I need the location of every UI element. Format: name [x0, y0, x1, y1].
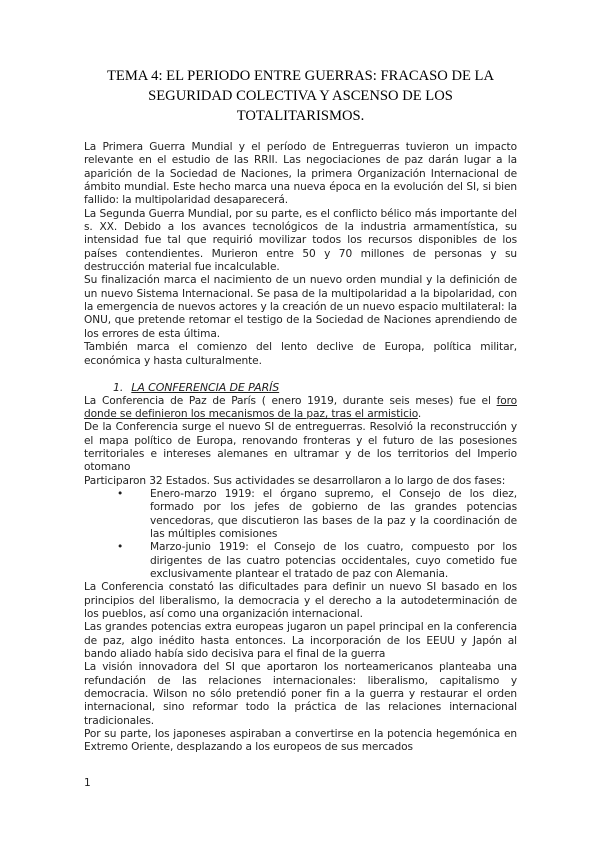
heading-text: LA CONFERENCIA DE PARÍS — [131, 381, 279, 394]
text-run: La Conferencia de Paz de París ( enero 1… — [84, 395, 497, 407]
document-title-line2: SEGURIDAD COLECTIVA Y ASCENSO DE LOS TOT… — [84, 86, 517, 126]
heading-number: 1. — [113, 381, 123, 394]
bullet-icon: • — [117, 488, 123, 501]
paragraph: La Segunda Guerra Mundial, por su parte,… — [84, 208, 517, 275]
paragraph: De la Conferencia surge el nuevo SI de e… — [84, 421, 517, 474]
paragraph: La Conferencia constató las dificultades… — [84, 581, 517, 621]
paragraph: Su finalización marca el nacimiento de u… — [84, 274, 517, 341]
paragraph: También marca el comienzo del lento decl… — [84, 341, 517, 368]
paragraph: Las grandes potencias extra europeas jug… — [84, 621, 517, 661]
page-number: 1 — [84, 777, 91, 790]
section-heading: 1.LA CONFERENCIA DE PARÍS — [113, 381, 517, 394]
bullet-icon: • — [117, 541, 123, 554]
bullet-text: Enero-marzo 1919: el órgano supremo, el … — [150, 488, 517, 540]
bullet-text: Marzo-junio 1919: el Consejo de los cuat… — [150, 541, 517, 580]
paragraph: La visión innovadora del SI que aportaro… — [84, 661, 517, 728]
paragraph: La Conferencia de Paz de París ( enero 1… — [84, 395, 517, 422]
bullet-list: •Enero-marzo 1919: el órgano supremo, el… — [84, 488, 517, 581]
document-title-line1: TEMA 4: EL PERIODO ENTRE GUERRAS: FRACAS… — [84, 66, 517, 86]
text-run: . — [418, 408, 421, 420]
paragraph: Por su parte, los japoneses aspiraban a … — [84, 728, 517, 755]
page-content: TEMA 4: EL PERIODO ENTRE GUERRAS: FRACAS… — [84, 66, 517, 755]
bullet-item: •Marzo-junio 1919: el Consejo de los cua… — [84, 541, 517, 581]
paragraph: La Primera Guerra Mundial y el período d… — [84, 141, 517, 208]
document-page: TEMA 4: EL PERIODO ENTRE GUERRAS: FRACAS… — [0, 0, 599, 848]
document-body: La Primera Guerra Mundial y el período d… — [84, 141, 517, 755]
bullet-item: •Enero-marzo 1919: el órgano supremo, el… — [84, 488, 517, 541]
paragraph: Participaron 32 Estados. Sus actividades… — [84, 475, 517, 488]
document-title: TEMA 4: EL PERIODO ENTRE GUERRAS: FRACAS… — [84, 66, 517, 126]
